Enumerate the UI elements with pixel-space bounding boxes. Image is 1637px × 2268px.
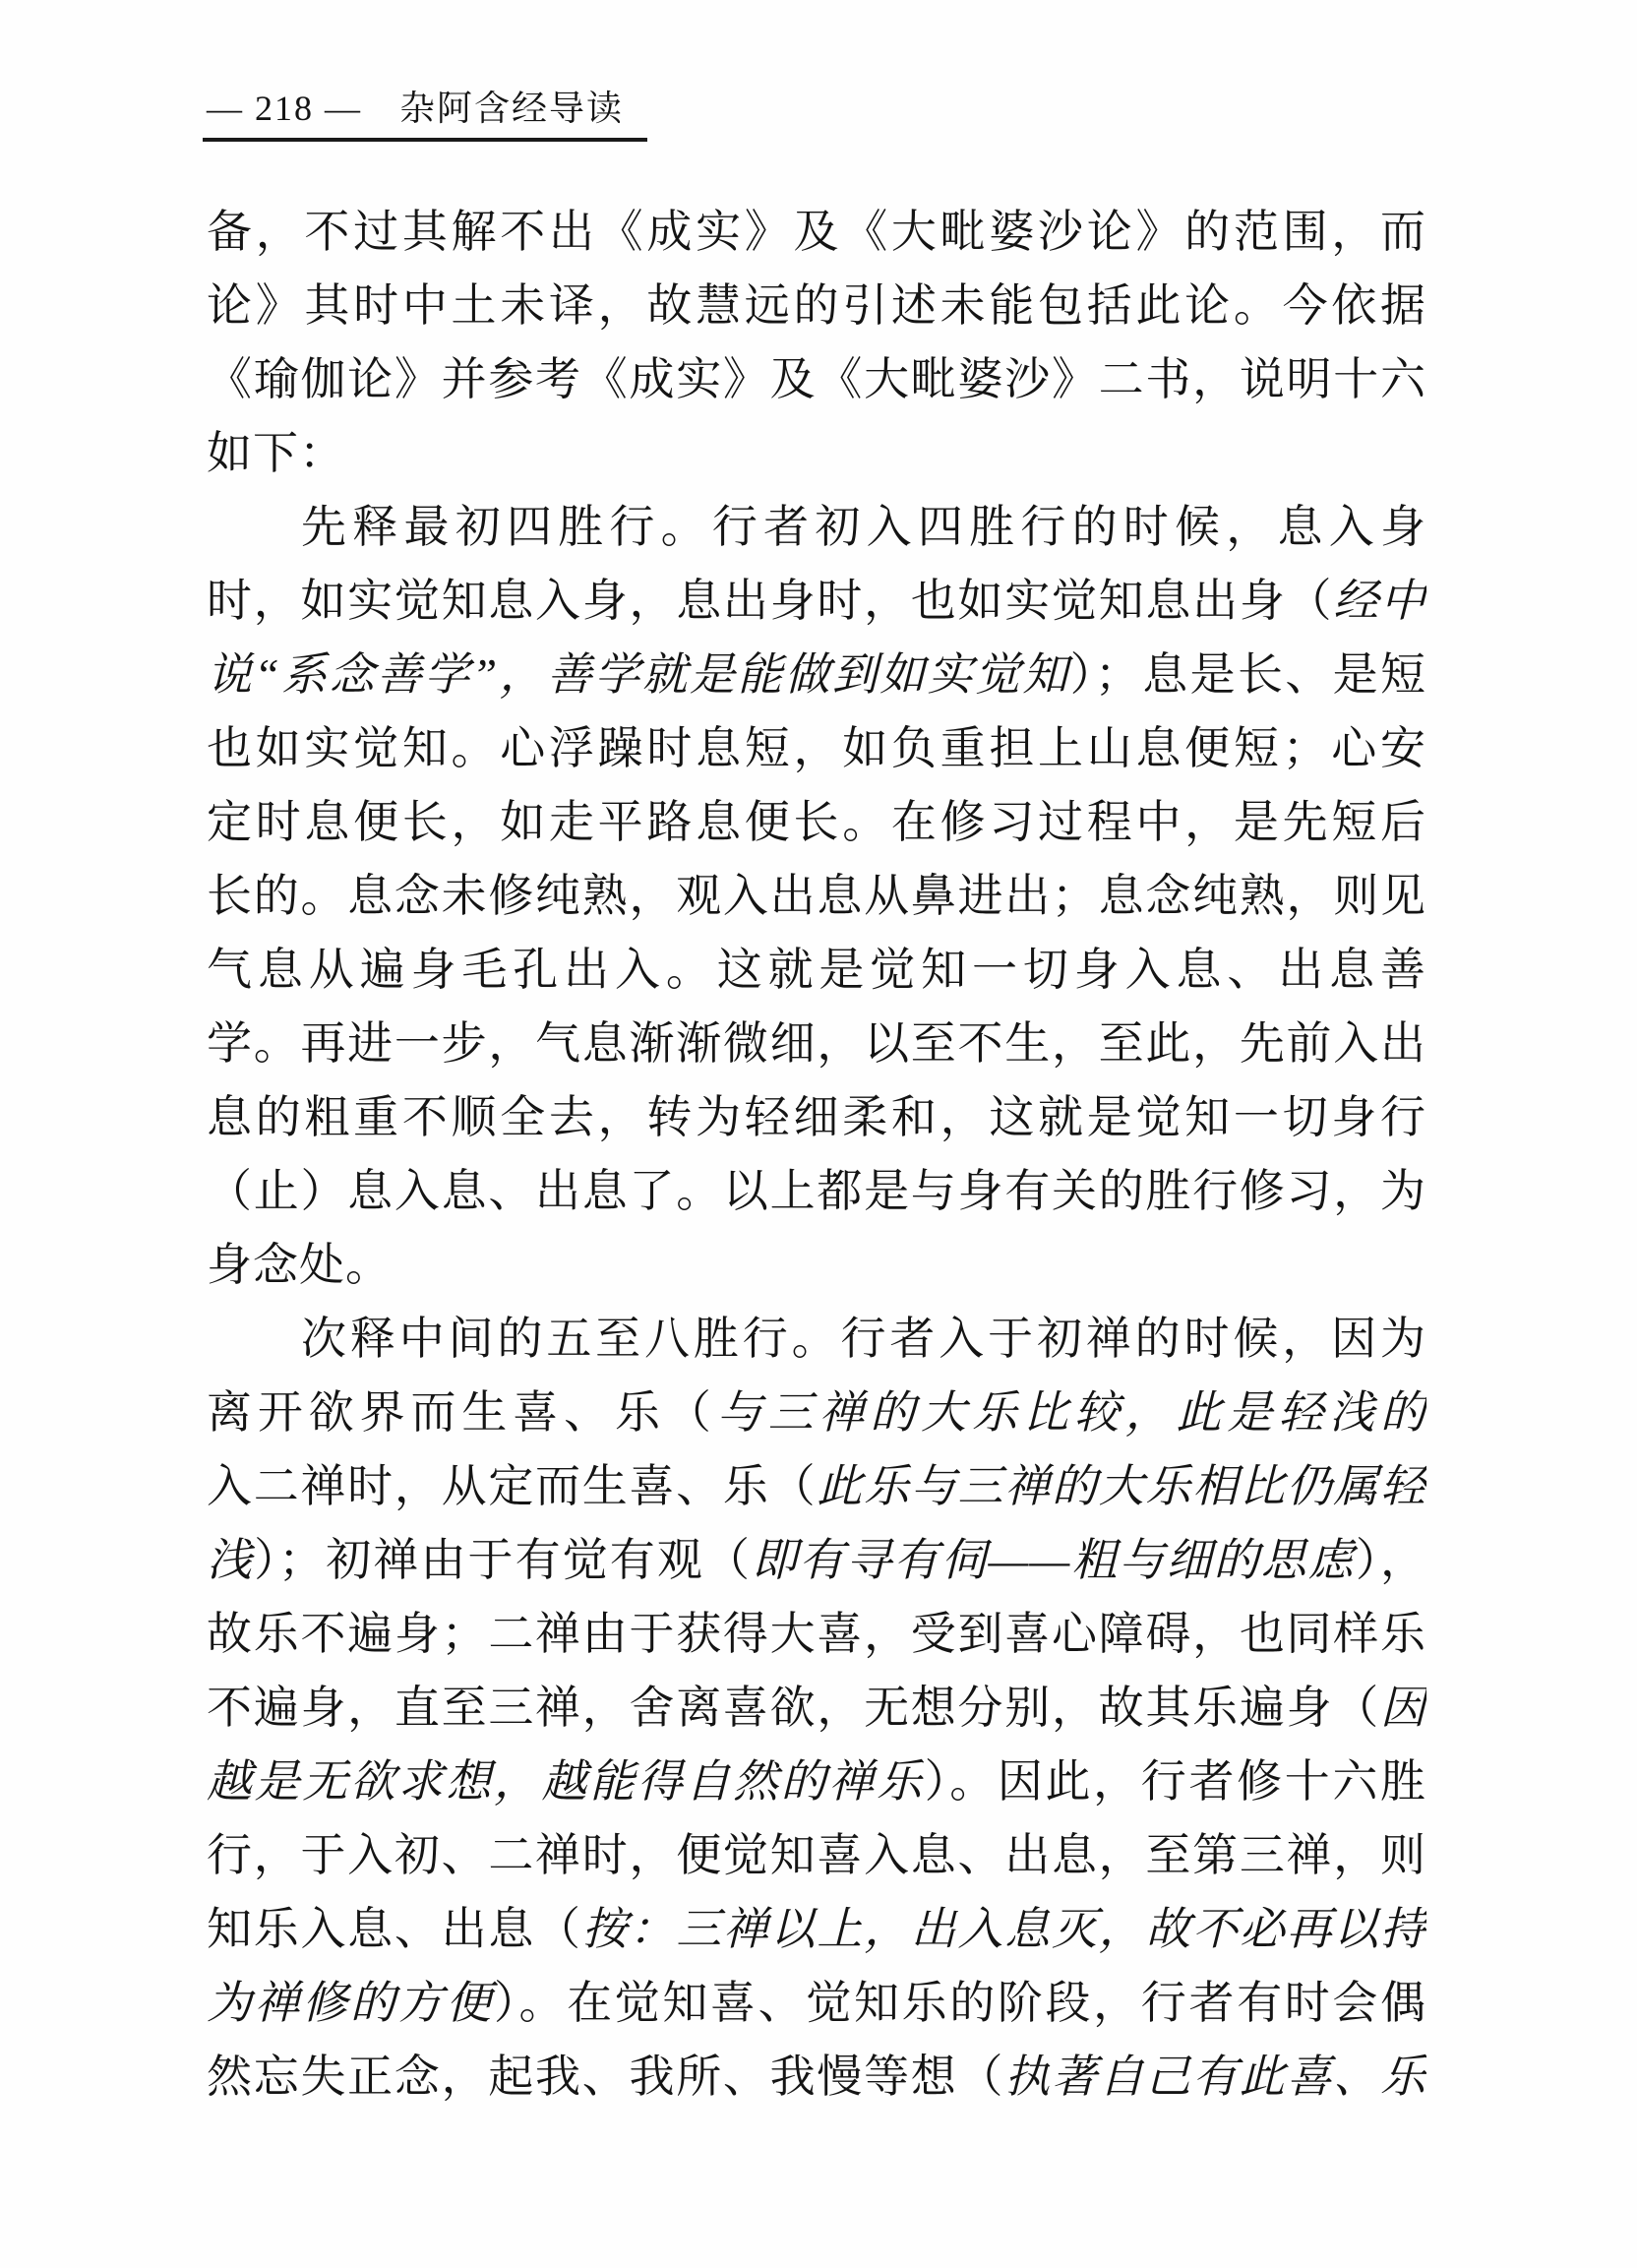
text-segment: 故乐不遍身；二禅由于获得大喜，受到喜心障碍，也同样乐 xyxy=(207,1609,1426,1659)
text-segment: 入二禅时，从定而生喜、乐（ xyxy=(207,1461,817,1511)
text-segment: 如下： xyxy=(207,428,345,478)
text-segment: 备，不过其解不出《成实》及《大毗婆沙论》的范围，而《瑜伽 xyxy=(207,207,1426,269)
text-segment: 时，如实觉知息入身，息出身时，也如实觉知息出身（ xyxy=(207,576,1333,626)
text-segment: 《瑜伽论》并参考《成实》及《大毗婆沙》二书，说明十六胜行 xyxy=(207,354,1426,416)
text-line: 说“系念善学”，善学就是能做到如实觉知）；息是长、是短 xyxy=(207,638,1426,711)
kaiti-segment: 说“系念善学”，善学就是能做到如实觉知 xyxy=(207,649,1070,700)
text-line: 故乐不遍身；二禅由于获得大喜，受到喜心障碍，也同样乐 xyxy=(207,1597,1426,1671)
text-line: 入二禅时，从定而生喜、乐（此乐与三禅的大乐相比仍属轻 xyxy=(207,1449,1426,1523)
text-line: 如下： xyxy=(207,416,1426,490)
text-line: 学。再进一步，气息渐渐微细，以至不生，至此，先前入出 xyxy=(207,1007,1426,1080)
text-line: 为禅修的方便）。在觉知喜、觉知乐的阶段，行者有时会偶 xyxy=(207,1966,1426,2040)
text-segment: 身念处。 xyxy=(207,1240,392,1290)
kaiti-segment: 此乐与三禅的大乐相比仍属轻 xyxy=(817,1461,1426,1511)
text-segment: ）。因此，行者修十六胜 xyxy=(925,1756,1426,1807)
text-line: 《瑜伽论》并参考《成实》及《大毗婆沙》二书，说明十六胜行 xyxy=(207,342,1426,416)
text-segment: 次释中间的五至八胜行。行者入于初禅的时候，因为 xyxy=(301,1314,1426,1364)
text-segment: 不遍身，直至三禅，舍离喜欲，无想分别，故其乐遍身（ xyxy=(207,1683,1380,1733)
text-segment: 长的。息念未修纯熟，观入出息从鼻进出；息念纯熟，则见 xyxy=(207,871,1426,921)
page-body: 备，不过其解不出《成实》及《大毗婆沙论》的范围，而《瑜伽论》其时中土未译，故慧远… xyxy=(207,195,1426,2114)
text-line: 不遍身，直至三禅，舍离喜欲，无想分别，故其乐遍身（因为 xyxy=(207,1671,1426,1745)
text-segment: 然忘失正念，起我、我所、我慢等想（ xyxy=(207,2052,1004,2102)
kaiti-segment: 越是无欲求想，越能得自然的禅乐 xyxy=(207,1756,925,1807)
running-header: — 218 —杂阿含经导读 xyxy=(207,87,624,130)
text-line: 定时息便长，如走平路息便长。在修习过程中，是先短后 xyxy=(207,785,1426,859)
text-line: 身念处。 xyxy=(207,1228,1426,1302)
text-segment: ）；息是长、是短 xyxy=(1070,649,1426,700)
kaiti-segment: 浅 xyxy=(207,1535,254,1585)
text-line: 备，不过其解不出《成实》及《大毗婆沙论》的范围，而《瑜伽 xyxy=(207,195,1426,269)
text-line: 浅）；初禅由于有觉有观（即有寻有伺——粗与细的思虑）， xyxy=(207,1523,1426,1597)
text-line: 离开欲界而生喜、乐（与三禅的大乐比较，此是轻浅的乐）； xyxy=(207,1376,1426,1449)
text-line: 气息从遍身毛孔出入。这就是觉知一切身入息、出息善 xyxy=(207,933,1426,1007)
text-line: 知乐入息、出息（按：三禅以上，出入息灭，故不必再以持息 xyxy=(207,1892,1426,1966)
text-segment: ）；初禅由于有觉有观（ xyxy=(254,1535,752,1585)
scanned-book-page: — 218 —杂阿含经导读 备，不过其解不出《成实》及《大毗婆沙论》的范围，而《… xyxy=(0,0,1637,2268)
text-segment: （止）息入息、出息了。以上都是与身有关的胜行修习，为 xyxy=(207,1166,1426,1216)
text-line: 然忘失正念，起我、我所、我慢等想（执著自己有此喜、乐的 xyxy=(207,2040,1426,2114)
text-segment: 离开欲界而生喜、乐（ xyxy=(207,1387,717,1438)
kaiti-segment: 为禅修的方便 xyxy=(207,1978,494,2028)
page-number: — 218 — xyxy=(207,89,362,128)
text-segment: 学。再进一步，气息渐渐微细，以至不生，至此，先前入出 xyxy=(207,1018,1426,1069)
text-segment: 息的粗重不顺全去，转为轻细柔和，这就是觉知一切身行 xyxy=(207,1092,1426,1142)
text-segment: 知乐入息、出息（ xyxy=(207,1904,582,1954)
text-segment: ）， xyxy=(1356,1535,1426,1585)
kaiti-segment: 即有寻有伺——粗与细的思虑 xyxy=(752,1535,1356,1585)
text-line: 先释最初四胜行。行者初入四胜行的时候，息入身 xyxy=(207,490,1426,564)
header-rule xyxy=(203,138,647,142)
text-line: 息的粗重不顺全去，转为轻细柔和，这就是觉知一切身行 xyxy=(207,1080,1426,1154)
text-line: 行，于入初、二禅时，便觉知喜入息、出息，至第三禅，则觉 xyxy=(207,1818,1426,1892)
text-segment: 也如实觉知。心浮躁时息短，如负重担上山息便短；心安 xyxy=(207,723,1426,773)
text-segment: 论》其时中土未译，故慧远的引述未能包括此论。今依据 xyxy=(207,280,1426,331)
text-line: 也如实觉知。心浮躁时息短，如负重担上山息便短；心安 xyxy=(207,711,1426,785)
text-segment: 行，于入初、二禅时，便觉知喜入息、出息，至第三禅，则觉 xyxy=(207,1830,1426,1892)
text-line: （止）息入息、出息了。以上都是与身有关的胜行修习，为 xyxy=(207,1154,1426,1228)
text-line: 越是无欲求想，越能得自然的禅乐）。因此，行者修十六胜 xyxy=(207,1745,1426,1818)
text-line: 次释中间的五至八胜行。行者入于初禅的时候，因为 xyxy=(207,1302,1426,1376)
text-segment: ）。在觉知喜、觉知乐的阶段，行者有时会偶 xyxy=(494,1978,1426,2028)
text-line: 长的。息念未修纯熟，观入出息从鼻进出；息念纯熟，则见 xyxy=(207,859,1426,933)
kaiti-segment: 经中 xyxy=(1333,576,1426,626)
running-title: 杂阿含经导读 xyxy=(399,89,624,128)
text-segment: 先释最初四胜行。行者初入四胜行的时候，息入身 xyxy=(301,502,1426,552)
text-line: 论》其时中土未译，故慧远的引述未能包括此论。今依据 xyxy=(207,269,1426,342)
text-segment: 气息从遍身毛孔出入。这就是觉知一切身入息、出息善 xyxy=(207,945,1426,995)
text-segment: 定时息便长，如走平路息便长。在修习过程中，是先短后 xyxy=(207,797,1426,847)
text-line: 时，如实觉知息入身，息出身时，也如实觉知息出身（经中 xyxy=(207,564,1426,638)
